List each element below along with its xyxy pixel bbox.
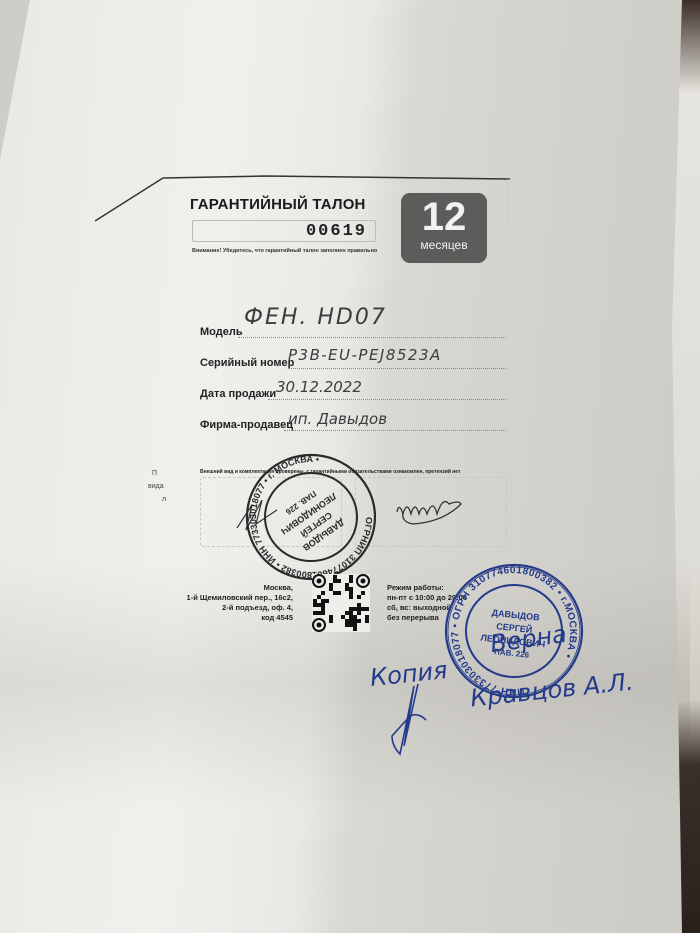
field-line-seller: [284, 429, 506, 431]
qr-code[interactable]: [312, 574, 370, 632]
certifier-signature: [388, 676, 438, 766]
document-title: ГАРАНТИЙНЫЙ ТАЛОН: [190, 196, 366, 213]
field-line-sale-date: [268, 398, 506, 400]
warranty-months-unit: месяцев: [401, 239, 487, 251]
side-fragment: П: [152, 470, 157, 477]
field-value-serial: P3B-EU-PEJ8523A: [288, 346, 442, 364]
serial-number-box: 00619: [192, 220, 376, 242]
field-label-seller: Фирма-продавец: [200, 419, 293, 431]
field-label-serial: Серийный номер: [200, 357, 294, 369]
store-address: Москва, 1-й Щемиловский пер., 16с2, 2-й …: [133, 583, 293, 623]
warranty-months-number: 12: [401, 195, 487, 239]
field-label-sale-date: Дата продажи: [200, 388, 276, 400]
side-fragment: л: [162, 496, 166, 503]
field-value-sale-date: 30.12.2022: [276, 378, 362, 396]
seller-stamp-black: ОГРНИП 310774601800382 • ИНН 77330301807…: [244, 452, 378, 582]
serial-number: 00619: [306, 222, 367, 241]
field-value-model: ФЕН. HD07: [244, 305, 387, 330]
field-value-seller: ип. Давыдов: [288, 410, 387, 428]
field-label-model: Модель: [200, 326, 243, 338]
field-line-model: [238, 336, 506, 338]
field-line-serial: [288, 367, 506, 369]
warranty-period-badge: 12 месяцев: [401, 193, 487, 263]
attention-note: Внимание! Убедитесь, что гарантийный тал…: [192, 248, 377, 254]
seller-signature: [393, 492, 465, 530]
side-fragment: вида: [148, 483, 164, 490]
